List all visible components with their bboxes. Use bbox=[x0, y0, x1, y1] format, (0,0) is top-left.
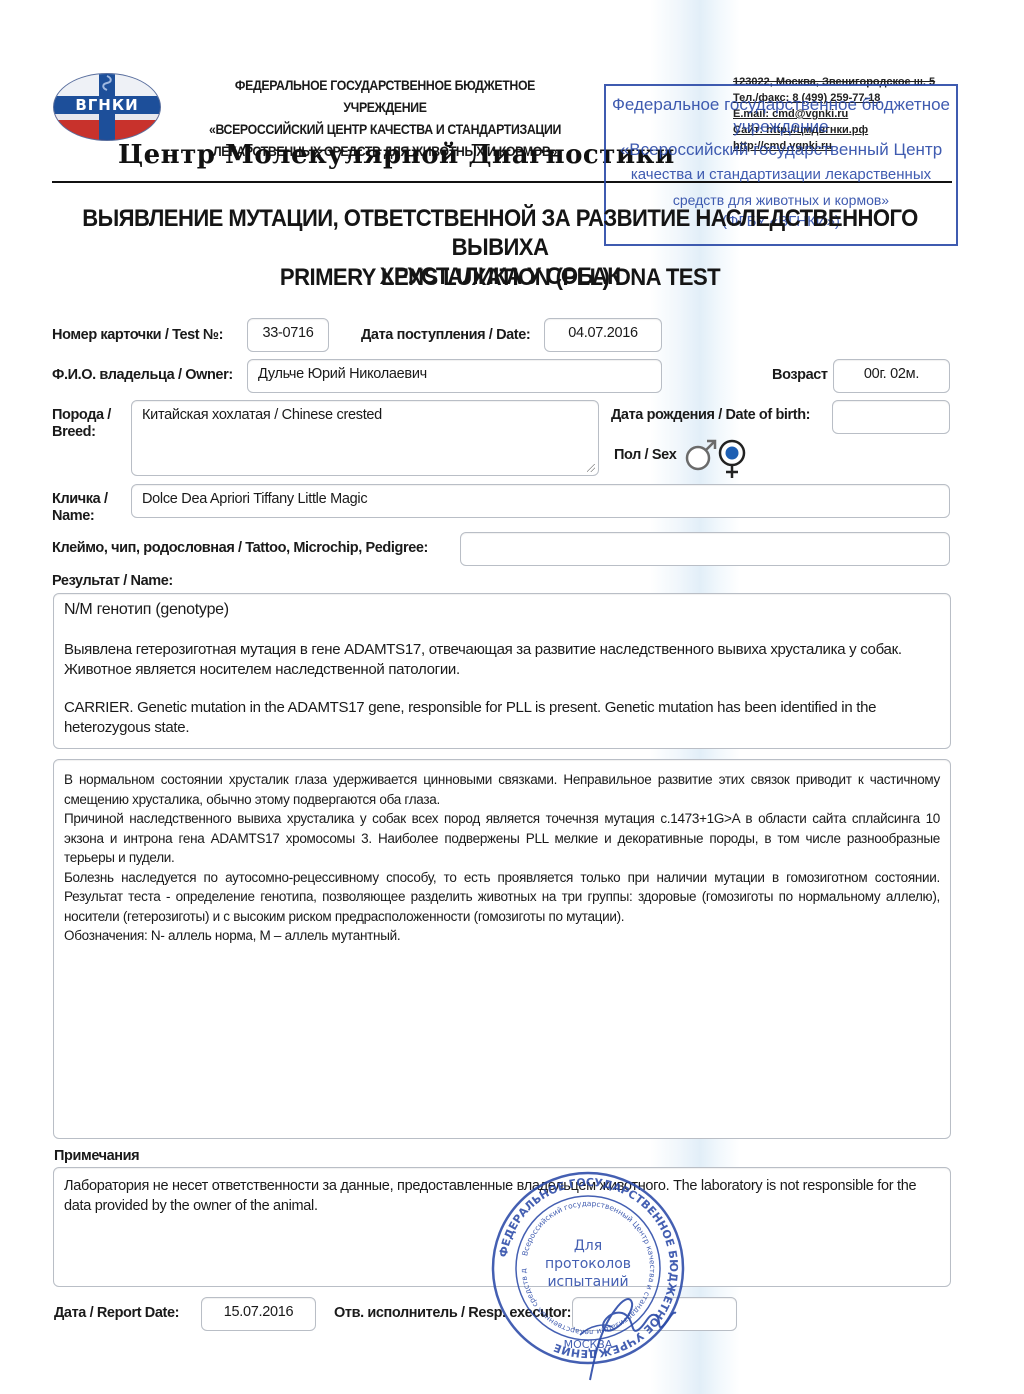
dob-label: Дата рождения / Date of birth: bbox=[611, 407, 810, 423]
breed-field[interactable]: Китайская хохлатая / Chinese crested bbox=[131, 400, 599, 476]
disease-info-field[interactable]: В нормальном состоянии хрусталик глаза у… bbox=[53, 759, 951, 1139]
report-date-field[interactable]: 15.07.2016 bbox=[201, 1297, 316, 1331]
report-title-en: PRIMERY LENS LUXATION (PLL) DNA TEST bbox=[77, 264, 923, 292]
age-label: Возраст bbox=[772, 367, 828, 383]
svg-text:ВГНКИ: ВГНКИ bbox=[75, 96, 138, 114]
owner-label: Ф.И.О. владельца / Owner: bbox=[52, 367, 233, 383]
result-field[interactable]: N/M генотип (genotype) Выявлена гетерози… bbox=[53, 593, 951, 749]
test-number-label: Номер карточки / Test №: bbox=[52, 327, 223, 343]
result-label: Результат / Name: bbox=[52, 573, 173, 589]
test-report-page: ВГНКИ ФЕДЕРАЛЬНОЕ ГОСУДАРСТВЕННОЕ БЮДЖЕТ… bbox=[0, 0, 1024, 1394]
owner-field[interactable]: Дульче Юрий Николаевич bbox=[247, 359, 662, 393]
dog-name-label: Кличка / Name: bbox=[52, 491, 108, 525]
center-name: Центр Молекулярной Диагностики bbox=[118, 140, 675, 170]
result-text-ru: Выявлена гетерозиготная мутация в гене A… bbox=[64, 640, 940, 680]
svg-text:протоколов: протоколов bbox=[545, 1256, 631, 1272]
male-radio-icon[interactable] bbox=[684, 438, 718, 472]
report-date-label: Дата / Report Date: bbox=[54, 1305, 179, 1321]
vgnki-logo: ВГНКИ bbox=[52, 72, 162, 142]
receipt-date-label: Дата поступления / Date: bbox=[361, 327, 530, 343]
female-radio-icon-selected[interactable] bbox=[716, 438, 748, 480]
result-text-en: CARRIER. Genetic mutation in the ADAMTS1… bbox=[64, 698, 940, 738]
sex-label: Пол / Sex bbox=[614, 447, 676, 463]
receipt-date-field[interactable]: 04.07.2016 bbox=[544, 318, 662, 352]
genotype-text: N/M генотип (genotype) bbox=[64, 600, 940, 620]
breed-label: Порода / Breed: bbox=[52, 407, 111, 441]
signature bbox=[560, 1275, 680, 1385]
svg-text:Для: Для bbox=[574, 1238, 602, 1254]
test-number-field[interactable]: 33-0716 bbox=[247, 318, 329, 352]
dob-field[interactable] bbox=[832, 400, 950, 434]
resize-grip-icon[interactable] bbox=[587, 464, 595, 472]
dog-name-field[interactable]: Dolce Dea Apriori Tiffany Little Magic bbox=[131, 484, 950, 518]
tattoo-label: Клеймо, чип, родословная / Tattoo, Micro… bbox=[52, 540, 428, 556]
age-field[interactable]: 00г. 02м. bbox=[833, 359, 950, 393]
tattoo-field[interactable] bbox=[460, 532, 950, 566]
notes-label: Примечания bbox=[54, 1148, 139, 1164]
